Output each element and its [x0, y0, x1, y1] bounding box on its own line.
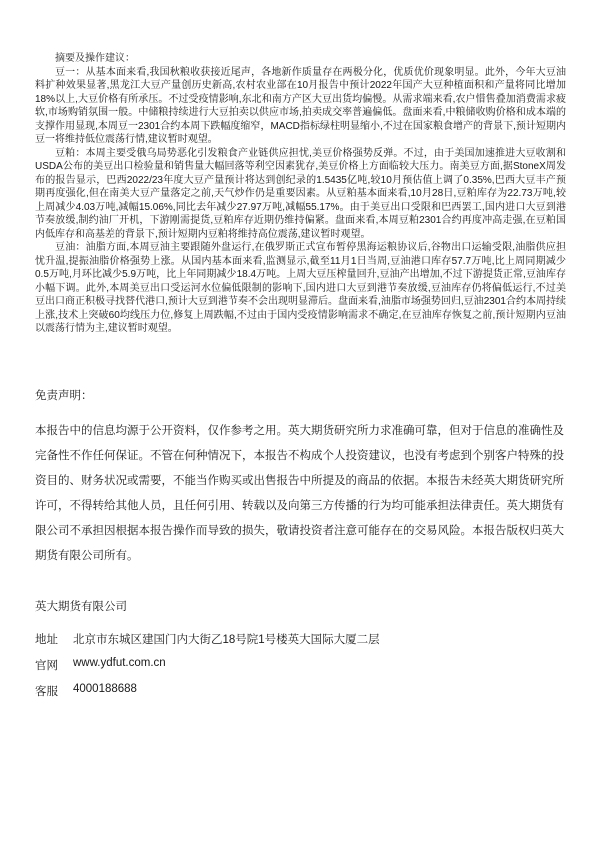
paragraph-douyou: 豆油：油脂方面,本周豆油主要跟随外盘运行,在俄罗斯正式宣布暂停黑海运粮协议后,谷…	[35, 241, 566, 336]
paragraph-douyi: 豆一：从基本面来看,我国秋粮收获接近尾声，各地新作质量存在两极分化，优质优价现象…	[35, 66, 566, 147]
hotline-value: 4000188688	[73, 683, 555, 699]
address-value: 北京市东城区建国门内大街乙18号院1号楼英大国际大厦二层	[73, 631, 555, 647]
address-row: 地址 北京市东城区建国门内大街乙18号院1号楼英大国际大厦二层	[35, 631, 555, 647]
summary-heading: 摘要及操作建议：	[35, 52, 566, 66]
address-label: 地址	[35, 631, 61, 647]
report-page: 摘要及操作建议： 豆一：从基本面来看,我国秋粮收获接近尾声，各地新作质量存在两极…	[0, 0, 595, 842]
website-value: www.ydfut.com.cn	[73, 657, 555, 673]
disclaimer-heading: 免责声明：	[35, 387, 93, 403]
website-label: 官网	[35, 657, 61, 673]
hotline-row: 客服 4000188688	[35, 683, 555, 699]
paragraph-doupo: 豆粕：本周主要受俄乌局势恶化引发粮食产业链供应担忧,美豆价格强势反弹。不过，由于…	[35, 147, 566, 242]
summary-section: 摘要及操作建议： 豆一：从基本面来看,我国秋粮收获接近尾声，各地新作质量存在两极…	[35, 52, 566, 336]
hotline-label: 客服	[35, 683, 61, 699]
company-name: 英大期货有限公司	[35, 598, 555, 614]
website-row: 官网 www.ydfut.com.cn	[35, 657, 555, 673]
company-info-section: 英大期货有限公司 地址 北京市东城区建国门内大街乙18号院1号楼英大国际大厦二层…	[35, 598, 555, 709]
disclaimer-body: 本报告中的信息均源于公开资料，仅作参考之用。英大期货研究所力求准确可靠，但对于信…	[35, 419, 564, 569]
